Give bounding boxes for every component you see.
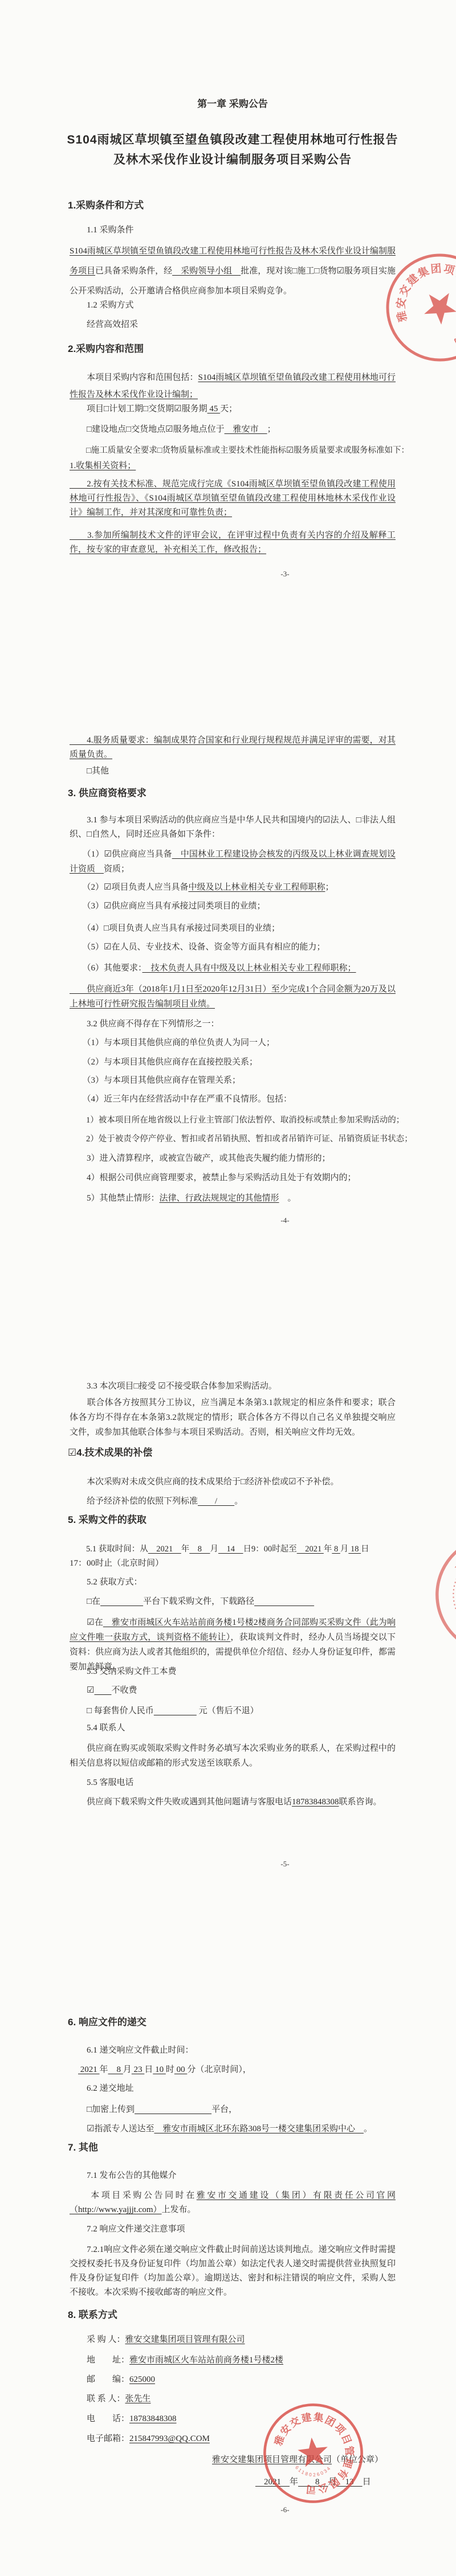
- paragraph: （2）☑项目负责人应当具备中级及以上林业相关专业工程师职称；: [70, 880, 396, 895]
- signature-company-line: 雅安交建集团项目管理有限公司（单位公章）: [212, 2453, 383, 2467]
- signature-date-line-seg: 2021: [255, 2477, 290, 2487]
- paragraph-seg: 本次采购对未成交供应商的技术成果给于□经济补偿或☑不予补偿。: [70, 1477, 339, 1486]
- footer-page-number: -6-: [258, 2503, 312, 2517]
- paragraph-seg: □其他: [70, 767, 109, 776]
- paragraph-seg: [135, 2105, 211, 2114]
- paragraph: （6）其他要求： 技术负责人具有中级及以上林业相关专业工程师职称；: [70, 961, 396, 976]
- paragraph-seg: 8: [189, 1545, 210, 1554]
- paragraph-seg: 元（售后不退）: [197, 1706, 259, 1715]
- paragraph-seg: 雅安市雨城区北环东路308号一楼交建集团采购中心: [154, 2124, 364, 2133]
- section-4-heading: ☑4.技术成果的补偿: [68, 1445, 421, 1460]
- paragraph-seg: 已具备采购条件，经: [95, 267, 172, 276]
- paragraph: 1.收集相关资料；: [70, 459, 396, 473]
- paragraph-seg: 18783848308: [292, 1797, 339, 1807]
- footer-page-number-seg: -3-: [280, 570, 289, 578]
- paragraph-seg: （3）与本项目其他供应商存在管理关系；: [70, 1076, 241, 1085]
- paragraph-seg: 4.服务质量要求：编制成果符合国家和行业现行规程规范并满足评审的需要，对其质量负…: [70, 736, 396, 759]
- paragraph-seg: [94, 1686, 111, 1695]
- paragraph-seg: 供应商在购买或领取采购文件时务必填写本次采购业务的联系人，在采购过程中的相关信息…: [70, 1744, 396, 1768]
- paragraph-seg: 3.3 本次项目□接受 ☑不接受联合体参加采购活动。: [70, 1382, 277, 1391]
- paragraph-seg: 6.2 递交地址: [70, 2084, 134, 2093]
- paragraph-seg: 日: [361, 1545, 369, 1554]
- paragraph-seg: 平台，: [211, 2105, 237, 2114]
- paragraph: 供应商在购买或领取采购文件时务必填写本次采购业务的联系人，在采购过程中的相关信息…: [70, 1741, 396, 1771]
- paragraph-seg: （2）与本项目其他供应商存在直接控股关系；: [70, 1058, 258, 1067]
- paragraph-seg: 月: [123, 2065, 132, 2074]
- section-3-heading: 3. 供应商资格要求: [68, 786, 421, 800]
- paragraph-seg: 1）被本项目所在地省级以上行业主管部门依法暂停、取消投标或禁止参加采购活动的；: [70, 1116, 404, 1125]
- paragraph: 项目□计划工期□交货期☑服务期 45 天；: [70, 402, 396, 416]
- paragraph: （3）☑供应商应当具有承接过同类项目的业绩；: [70, 899, 396, 914]
- document-title-line-2: 及林木采伐作业设计编制服务项目采购公告: [0, 153, 456, 167]
- paragraph-seg: 23: [132, 2065, 145, 2074]
- seal-company-text: 雅安交建集团项目管理有限公司: [437, 1535, 456, 1655]
- paragraph-seg: 17：00时止（北京时间）: [70, 1559, 164, 1568]
- paragraph: 供应商近3年（2018年1月1日至2020年12月31日）至少完成1个合同金额为…: [70, 982, 396, 1011]
- section-7-heading-seg: 7. 其他: [68, 2142, 98, 2153]
- signature-date-line-seg: 8: [298, 2477, 328, 2487]
- paragraph: 5.5 客服电话: [70, 1776, 396, 1790]
- contact-phone: 电 话：18783848308: [70, 2412, 396, 2426]
- paragraph-seg: 技术负责人具有中级及以上林业相关专业工程师职称；: [142, 964, 356, 973]
- paragraph: 6.1 递交响应文件截止时间：: [70, 2043, 396, 2058]
- contact-postcode: 邮 编：625000: [70, 2373, 396, 2387]
- contact-purchaser: 采 购 人：雅安交建集团项目管理有限公司: [70, 2333, 396, 2347]
- contact-postcode-seg: 邮 编：: [70, 2375, 129, 2384]
- paragraph-seg: 3.1 参与本项目采购活动的供应商应当是中华人民共和国境内的☑法人、□非法人组织…: [70, 816, 396, 839]
- paragraph-seg: 法律、行政法规规定的其他情形: [160, 1194, 279, 1203]
- paragraph: □施工质量安全要求□货物质量标准或主要技术性能指标☑服务质量要求或服务标准如下：: [70, 444, 409, 458]
- paragraph: □其他: [70, 764, 396, 779]
- document-title-line-1-seg: S104雨城区草坝镇至望鱼镇段改建工程使用林地可行性报告: [67, 133, 398, 146]
- paragraph-seg: 7.1 发布公告的其他媒介: [70, 2171, 177, 2180]
- paragraph-seg: （4）□项目负责人应当具有承接过同类项目的业绩；: [70, 924, 280, 933]
- paragraph-seg: 5）其他禁止情形：: [70, 1194, 160, 1203]
- paragraph-seg: 天；: [220, 404, 237, 413]
- chapter-heading: 第一章 采购公告: [0, 97, 456, 111]
- section-5-heading: 5. 采购文件的获取: [68, 1513, 421, 1527]
- section-4-heading-seg: ☑4.技术成果的补偿: [68, 1447, 152, 1458]
- paragraph-seg: [70, 2065, 78, 2074]
- paragraph: 5）其他禁止情形：法律、行政法规规定的其他情形 。: [70, 1191, 396, 1206]
- document-title-line-1: S104雨城区草坝镇至望鱼镇段改建工程使用林地可行性报告: [0, 133, 456, 147]
- paragraph: 2021 年 8 月 23 日 10 时 00 分（北京时间），: [70, 2063, 396, 2077]
- paragraph-seg: □建设地点□交货地点☑服务地点位于: [70, 425, 225, 434]
- paragraph: 联合体各方按照其分工协议，应当满足本条第3.1款规定的相应条件和要求；联合体各方…: [70, 1395, 396, 1440]
- paragraph: 本次采购对未成交供应商的技术成果给于□经济补偿或☑不予补偿。: [70, 1475, 396, 1489]
- contact-purchaser-seg: 雅安交建集团项目管理有限公司: [125, 2335, 245, 2344]
- paragraph-seg: （2）☑项目负责人应当具备: [70, 883, 188, 892]
- paragraph: 6.2 递交地址: [70, 2082, 396, 2096]
- paragraph: 5.4 联系人: [70, 1721, 396, 1735]
- section-1-1-heading: 1.1 采购条件: [70, 223, 396, 237]
- paragraph: □在 平台下载采购文件，下载路径: [70, 1595, 396, 1609]
- scanned-document-page: -6- 2021 年 8 月 13 日雅安交建集团项目管理有限公司（单位公章） …: [0, 0, 456, 2576]
- paragraph-seg: □在: [70, 1597, 100, 1606]
- paragraph: 3.1 参与本项目采购活动的供应商应当是中华人民共和国境内的☑法人、□非法人组织…: [70, 813, 396, 842]
- paragraph-seg: 经营高效招采: [70, 320, 138, 329]
- paragraph-seg: 3.参加所编制技术文件的评审会议，在评审过程中负责有关内容的介绍及解释工作，按专…: [70, 531, 396, 554]
- section-2-heading-seg: 2.采购内容和范围: [68, 343, 144, 354]
- paragraph: 3.2 供应商不得存在下列情形之一：: [70, 1017, 396, 1031]
- contact-email-seg: 电子邮箱：: [70, 2434, 129, 2443]
- chapter-heading-seg: 第一章 采购公告: [197, 99, 268, 109]
- paragraph-seg: （1）与本项目其他供应商的单位负责人为同一人；: [70, 1038, 275, 1047]
- paragraph-seg: 3.2 供应商不得存在下列情形之一：: [70, 1019, 219, 1029]
- paragraph-seg: 上发布。: [162, 2205, 196, 2214]
- paragraph-seg: ☑在: [70, 1618, 103, 1627]
- paragraph-seg: （3）☑供应商应当具有承接过同类项目的业绩；: [70, 902, 265, 911]
- paragraph-seg: 1.收集相关资料；: [70, 461, 136, 470]
- paragraph-seg: （1）☑供应商应当具备: [70, 850, 172, 859]
- paragraph: 经营高效招采: [70, 318, 396, 332]
- contact-purchaser-seg: 采 购 人：: [70, 2335, 125, 2344]
- paragraph-seg: 本项目采购公告同时在: [70, 2191, 197, 2200]
- footer-page-number: -4-: [258, 1213, 312, 1227]
- paragraph: □ 每套售价人民币 元（售后不退）: [70, 1704, 396, 1718]
- paragraph: （5）☑在人员、专业技术、设备、资金等方面具有相应的能力；: [70, 940, 396, 955]
- paragraph: 5.2 获取方式：: [70, 1575, 396, 1590]
- paragraph-seg: 7.2.1响应文件必须在递交响应文件截止时间前送达谈判地点。递交响应文件时需提交…: [70, 2245, 396, 2297]
- paragraph-seg: 5.1 获取时间：从: [70, 1545, 148, 1554]
- footer-page-number-seg: -5-: [280, 1860, 289, 1868]
- paragraph-seg: 年: [324, 1545, 332, 1554]
- section-6-heading-seg: 6. 响应文件的递交: [68, 2017, 146, 2028]
- paragraph-seg: 雅安市: [225, 425, 267, 434]
- contact-email: 电子邮箱：215847993@QQ.COM: [70, 2432, 396, 2446]
- section-5-heading-seg: 5. 采购文件的获取: [68, 1514, 146, 1525]
- paragraph: 供应商下载采购文件失败或遇到其他问题请与客服电话18783848308联系咨询。: [70, 1795, 396, 1809]
- section-1-heading: 1.采购条件和方式: [68, 198, 421, 212]
- footer-page-number: -5-: [258, 1857, 312, 1871]
- signature-company-line-seg: （单位公章）: [332, 2455, 383, 2464]
- paragraph: 本项目采购内容和范围包括：S104雨城区草坝镇至望鱼镇段改建工程使用林地可行性报…: [70, 369, 396, 403]
- paragraph-seg: [254, 1597, 314, 1606]
- paragraph: □加密上传到 平台，: [70, 2103, 396, 2117]
- paragraph-seg: 日: [144, 2065, 153, 2074]
- paragraph: 本项目采购公告同时在雅安市交通建设（集团）有限责任公司官网（http://www…: [70, 2189, 396, 2217]
- paragraph-seg: （6）其他要求：: [70, 964, 142, 973]
- paragraph-seg: □ 每套售价人民币: [70, 1706, 154, 1715]
- contact-address: 地 址：雅安市雨城区火车站站前商务楼1号楼2楼: [70, 2353, 396, 2368]
- paragraph-seg: [154, 1706, 197, 1715]
- contact-address-seg: 雅安市雨城区火车站站前商务楼1号楼2楼: [129, 2356, 283, 2365]
- paragraph-seg: ；: [325, 883, 333, 892]
- paragraph-seg: 本项目采购内容和范围包括：: [70, 373, 198, 382]
- paragraph: （1）☑供应商应当具备 中国林业工程建设协会核发的丙级及以上林业调查规划设计资质…: [70, 847, 396, 877]
- paragraph-seg: （5）☑在人员、专业技术、设备、资金等方面具有相应的能力；: [70, 943, 325, 952]
- section-3-heading-seg: 3. 供应商资格要求: [68, 788, 146, 798]
- paragraph-seg: □加密上传到: [70, 2105, 135, 2114]
- paragraph-seg: 。: [234, 1497, 243, 1506]
- paragraph: （2）与本项目其他供应商存在直接控股关系；: [70, 1055, 396, 1070]
- signature-date-line-seg: 月: [328, 2477, 337, 2487]
- paragraph: 7.1 发布公告的其他媒介: [70, 2169, 396, 2183]
- contact-person-seg: 张先生: [125, 2394, 151, 2403]
- paragraph-seg: 分（北京时间），: [187, 2065, 251, 2074]
- paragraph-seg: 供应商近3年（2018年1月1日至2020年12月31日）至少完成1个合同金额为…: [70, 985, 396, 1009]
- paragraph: S104雨城区草坝镇至望鱼镇段改建工程使用林地可行性报告及林木采伐作业设计编制服…: [70, 241, 396, 301]
- paragraph: ☑ 不收费: [70, 1684, 396, 1698]
- paragraph: （3）与本项目其他供应商存在管理关系；: [70, 1074, 396, 1088]
- paragraph-seg: 5.2 获取方式：: [70, 1578, 142, 1587]
- paragraph-seg: /: [198, 1497, 234, 1506]
- paragraph: 1）被本项目所在地省级以上行业主管部门依法暂停、取消投标或禁止参加采购活动的；: [70, 1113, 404, 1128]
- paragraph-seg: 2021: [78, 2065, 100, 2074]
- paragraph: 17：00时止（北京时间）: [70, 1557, 396, 1571]
- paragraph: ☑在 雅安市雨城区火车站站前商务楼1号楼2楼商务合同部购买采购文件（此为响应文件…: [70, 1615, 396, 1674]
- contact-email-seg: 215847993@QQ.COM: [129, 2434, 210, 2443]
- official-seal-stamp-partial-middle: 雅安交建集团项目管理有限公司: [419, 1519, 456, 1671]
- paragraph-seg: 。: [364, 2124, 372, 2133]
- paragraph-seg: 年: [181, 1545, 190, 1554]
- signature-company-line-seg: 雅安交建集团项目管理有限公司: [212, 2455, 332, 2464]
- paragraph: 2.按有关技术标准、规范完成行完成《S104雨城区草坝镇至望鱼镇段改建工程使用林…: [70, 477, 396, 520]
- contact-phone-seg: 电 话：: [70, 2414, 129, 2423]
- paragraph: （4）近三年内在经营活动中存在严重不良情形。包括：: [70, 1092, 396, 1107]
- section-1-1-heading-seg: 1.1 采购条件: [70, 226, 134, 235]
- paragraph-seg: ☑指派专人送达至: [70, 2124, 154, 2133]
- paragraph-seg: 年: [100, 2065, 108, 2074]
- seal-graphic: 雅安交建集团项目管理有限公司: [419, 1519, 456, 1671]
- section-7-heading: 7. 其他: [68, 2140, 421, 2155]
- paragraph-seg: 平台下载采购文件，下载路径: [143, 1597, 254, 1606]
- paragraph: 2）处于被责令停产停业、暂扣或者吊销执照、暂扣或者吊销许可证、吊销资质证书状态；: [70, 1132, 413, 1146]
- paragraph: 4）根据公司供应商管理要求，被禁止参与采购活动且处于有效期内的；: [70, 1171, 396, 1185]
- paragraph-seg: 联系咨询。: [339, 1797, 382, 1807]
- section-6-heading: 6. 响应文件的递交: [68, 2015, 421, 2029]
- paragraph-seg: 给予经济补偿的依照下列标准: [70, 1497, 198, 1506]
- footer-page-number-seg: -6-: [280, 2505, 289, 2514]
- paragraph-seg: 项目□计划工期□交货期☑服务期: [70, 404, 207, 413]
- paragraph-seg: 14: [218, 1545, 243, 1554]
- star-icon: [417, 284, 456, 329]
- paragraph-seg: 中级及以上林业相关专业工程师职称: [188, 883, 325, 892]
- section-1-heading-seg: 1.采购条件和方式: [68, 200, 144, 211]
- paragraph-seg: 6.1 递交响应文件截止时间：: [70, 2046, 194, 2055]
- paragraph-seg: 2021: [148, 1545, 181, 1554]
- paragraph-seg: （4）近三年内在经营活动中存在严重不良情形。包括：: [70, 1095, 292, 1104]
- paragraph-seg: 18: [348, 1545, 361, 1554]
- section-8-heading-seg: 8. 联系方式: [68, 2309, 117, 2320]
- paragraph: ☑指派专人送达至 雅安市雨城区北环东路308号一楼交建集团采购中心 。: [70, 2122, 396, 2136]
- paragraph-seg: 资质；: [104, 865, 129, 874]
- paragraph-seg: 5.5 客服电话: [70, 1778, 134, 1787]
- contact-person-seg: 联 系 人：: [70, 2394, 125, 2403]
- signature-date-line-seg: 13: [337, 2477, 363, 2487]
- paragraph-seg: 月: [340, 1545, 349, 1554]
- signature-date-line: 2021 年 8 月 13 日: [255, 2475, 371, 2489]
- paragraph-seg: [100, 1597, 143, 1606]
- paragraph: 4.服务质量要求：编制成果符合国家和行业现行规程规范并满足评审的需要，对其质量负…: [70, 734, 396, 762]
- paragraph-seg: 时: [166, 2065, 174, 2074]
- paragraph: 给予经济补偿的依照下列标准 / 。: [70, 1494, 396, 1509]
- paragraph-seg: 5.4 联系人: [70, 1723, 125, 1733]
- contact-address-seg: 地 址：: [70, 2356, 129, 2365]
- paragraph-seg: 2.按有关技术标准、规范完成行完成《S104雨城区草坝镇至望鱼镇段改建工程使用林…: [70, 480, 396, 517]
- paragraph-seg: 7.2 响应文件递交注意事项: [70, 2225, 185, 2234]
- paragraph: （4）□项目负责人应当具有承接过同类项目的业绩；: [70, 922, 396, 936]
- paragraph-seg: 供应商下载采购文件失败或遇到其他问题请与客服电话: [70, 1797, 292, 1807]
- contact-phone-seg: 18783848308: [129, 2414, 177, 2423]
- paragraph-seg: □施工质量安全要求□货物质量标准或主要技术性能指标☑服务质量要求或服务标准如下：: [70, 446, 409, 455]
- svg-text:雅安交建集团项目管理有限公司: 雅安交建集团项目管理有限公司: [437, 1535, 456, 1655]
- paragraph-seg: ；: [267, 425, 276, 434]
- paragraph-seg: 00: [174, 2065, 188, 2074]
- paragraph-seg: 3）进入清算程序，或被宣告破产，或其他丧失履约能力情形的；: [70, 1154, 331, 1163]
- paragraph: □建设地点□交货地点☑服务地点位于 雅安市 ；: [70, 423, 396, 437]
- paragraph: （1）与本项目其他供应商的单位负责人为同一人；: [70, 1036, 396, 1050]
- paragraph-seg: 日9：00时起至: [243, 1545, 297, 1554]
- paragraph: 7.2 响应文件递交注意事项: [70, 2222, 396, 2237]
- contact-postcode-seg: 625000: [129, 2375, 155, 2384]
- paragraph: 5.1 获取时间：从 2021 年 8 月 14 日9：00时起至 2021 年…: [70, 1542, 369, 1557]
- paragraph-seg: 不收费: [111, 1686, 137, 1695]
- section-1-2-heading-seg: 1.2 采购方式: [70, 301, 134, 310]
- paragraph: 3）进入清算程序，或被宣告破产，或其他丧失履约能力情形的；: [70, 1152, 396, 1166]
- document-title-line-2-seg: 及林木采伐作业设计编制服务项目采购公告: [113, 153, 352, 166]
- paragraph-seg: 2）处于被责令停产停业、暂扣或者吊销执照、暂扣或者吊销许可证、吊销资质证书状态；: [70, 1135, 413, 1144]
- section-8-heading: 8. 联系方式: [68, 2308, 421, 2322]
- signature-date-line-seg: 年: [290, 2477, 298, 2487]
- paragraph-seg: 联合体各方按照其分工协议，应当满足本条第3.1款规定的相应条件和要求；联合体各方…: [70, 1398, 396, 1437]
- footer-page-number-seg: -4-: [280, 1216, 289, 1224]
- section-2-heading: 2.采购内容和范围: [68, 342, 421, 356]
- paragraph: 3.3 本次项目□接受 ☑不接受联合体参加采购活动。: [70, 1379, 396, 1394]
- paragraph-seg: 月: [210, 1545, 219, 1554]
- paragraph-seg: 45: [207, 404, 221, 413]
- paragraph-seg: 10: [153, 2065, 166, 2074]
- footer-page-number: -3-: [258, 567, 312, 581]
- paragraph-seg: 。: [279, 1194, 296, 1203]
- contact-person: 联 系 人：张先生: [70, 2392, 396, 2406]
- paragraph-seg: 2021: [297, 1545, 324, 1554]
- paragraph-seg: 8: [108, 2065, 123, 2074]
- signature-date-line-seg: 日: [363, 2477, 371, 2487]
- paragraph: 7.2.1响应文件必须在递交响应文件截止时间前送达谈判地点。递交响应文件时需提交…: [70, 2243, 396, 2300]
- paragraph-seg: 8: [332, 1545, 340, 1554]
- paragraph-seg: 4）根据公司供应商管理要求，被禁止参与采购活动且处于有效期内的；: [70, 1173, 356, 1182]
- paragraph-seg: ☑: [70, 1686, 94, 1695]
- paragraph: 3.参加所编制技术文件的评审会议，在评审过程中负责有关内容的介绍及解释工作，按专…: [70, 529, 396, 557]
- paragraph-seg: 采购领导小组: [172, 267, 241, 276]
